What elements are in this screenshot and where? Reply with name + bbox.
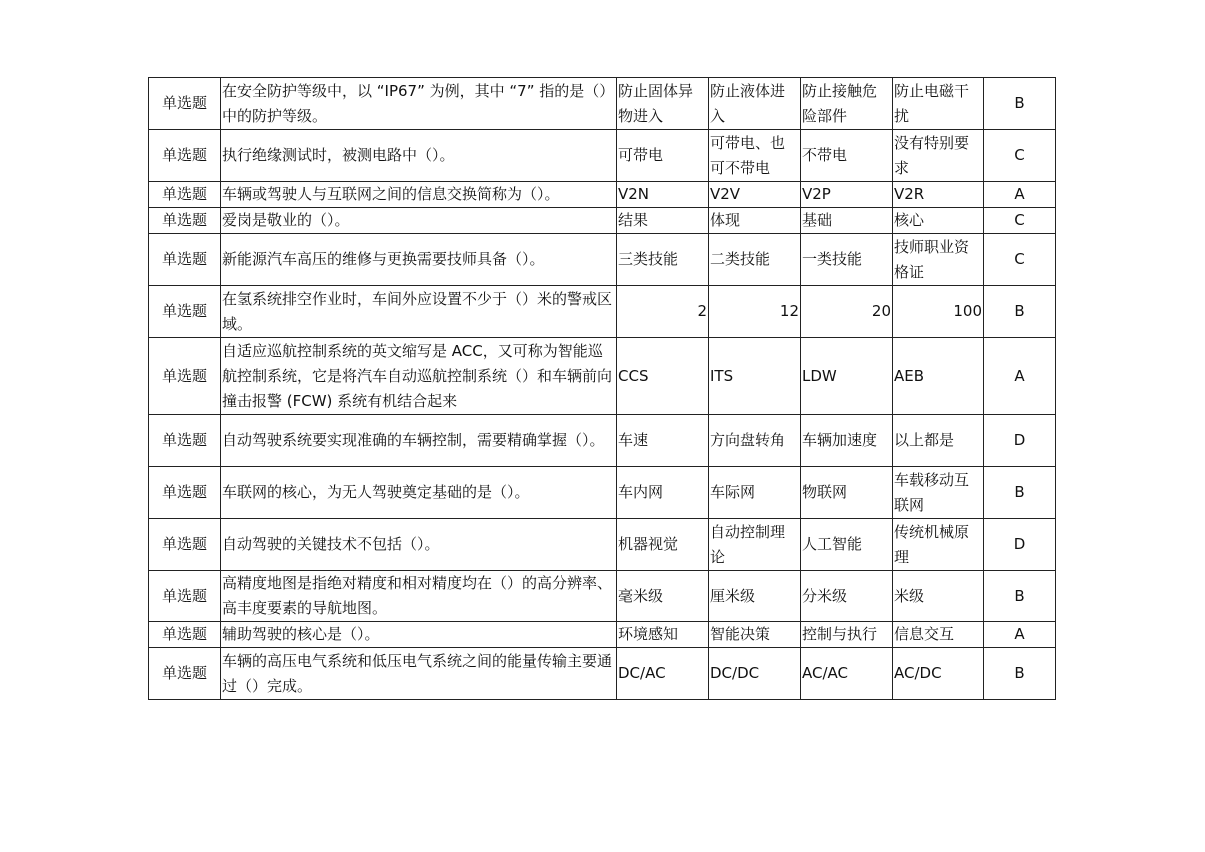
table-row: 单选题 在氢系统排空作业时，车间外应设置不少于（）米的警戒区域。21220100… bbox=[149, 286, 1056, 338]
question-type-cell: 单选题 bbox=[149, 234, 221, 286]
question-type-cell: 单选题 bbox=[149, 571, 221, 622]
table-row: 单选题 新能源汽车高压的维修与更换需要技师具备（）。三类技能二类技能一类技能技师… bbox=[149, 234, 1056, 286]
answer-cell: D bbox=[984, 519, 1056, 571]
option-b-cell: 车际网 bbox=[709, 467, 801, 519]
table-row: 单选题 爱岗是敬业的（）。结果体现基础核心C bbox=[149, 208, 1056, 234]
option-a-cell: 车速 bbox=[617, 415, 709, 467]
question-type-cell: 单选题 bbox=[149, 130, 221, 182]
option-a-cell: 毫米级 bbox=[617, 571, 709, 622]
question-type-cell: 单选题 bbox=[149, 467, 221, 519]
answer-cell: D bbox=[984, 415, 1056, 467]
question-type-cell: 单选题 bbox=[149, 415, 221, 467]
option-c-cell: 不带电 bbox=[801, 130, 893, 182]
question-text-cell: 自动驾驶系统要实现准确的车辆控制，需要精确掌握（）。 bbox=[221, 415, 617, 467]
option-c-cell: 20 bbox=[801, 286, 893, 338]
table-row: 单选题 辅助驾驶的核心是（）。环境感知智能决策控制与执行信息交互A bbox=[149, 622, 1056, 648]
option-c-cell: 防止接触危险部件 bbox=[801, 78, 893, 130]
question-type-cell: 单选题 bbox=[149, 208, 221, 234]
option-a-cell: 机器视觉 bbox=[617, 519, 709, 571]
option-a-cell: 车内网 bbox=[617, 467, 709, 519]
table-row: 单选题 车辆或驾驶人与互联网之间的信息交换简称为（）。V2NV2VV2PV2RA bbox=[149, 182, 1056, 208]
option-d-cell: 传统机械原理 bbox=[893, 519, 984, 571]
option-b-cell: DC/DC bbox=[709, 648, 801, 700]
question-type-cell: 单选题 bbox=[149, 622, 221, 648]
question-text-cell: 爱岗是敬业的（）。 bbox=[221, 208, 617, 234]
answer-cell: C bbox=[984, 208, 1056, 234]
option-b-cell: 自动控制理论 bbox=[709, 519, 801, 571]
option-c-cell: 基础 bbox=[801, 208, 893, 234]
option-d-cell: AC/DC bbox=[893, 648, 984, 700]
question-text-cell: 在安全防护等级中，以 “IP67” 为例，其中 “7” 指的是（）中的防护等级。 bbox=[221, 78, 617, 130]
option-b-cell: V2V bbox=[709, 182, 801, 208]
answer-cell: B bbox=[984, 648, 1056, 700]
option-b-cell: 可带电、也可不带电 bbox=[709, 130, 801, 182]
option-c-cell: AC/AC bbox=[801, 648, 893, 700]
option-c-cell: 物联网 bbox=[801, 467, 893, 519]
answer-cell: C bbox=[984, 130, 1056, 182]
table-row: 单选题 车联网的核心，为无人驾驶奠定基础的是（）。车内网车际网物联网车载移动互联… bbox=[149, 467, 1056, 519]
table-row: 单选题 执行绝缘测试时，被测电路中（）。可带电可带电、也可不带电不带电没有特别要… bbox=[149, 130, 1056, 182]
option-c-cell: LDW bbox=[801, 338, 893, 415]
option-a-cell: 环境感知 bbox=[617, 622, 709, 648]
answer-cell: C bbox=[984, 234, 1056, 286]
question-text-cell: 车辆的高压电气系统和低压电气系统之间的能量传输主要通过（）完成。 bbox=[221, 648, 617, 700]
option-d-cell: 100 bbox=[893, 286, 984, 338]
answer-cell: B bbox=[984, 78, 1056, 130]
option-d-cell: 防止电磁干扰 bbox=[893, 78, 984, 130]
table-row: 单选题 自适应巡航控制系统的英文缩写是 ACC，又可称为智能巡航控制系统，它是将… bbox=[149, 338, 1056, 415]
table-row: 单选题 车辆的高压电气系统和低压电气系统之间的能量传输主要通过（）完成。DC/A… bbox=[149, 648, 1056, 700]
question-type-cell: 单选题 bbox=[149, 338, 221, 415]
question-type-cell: 单选题 bbox=[149, 286, 221, 338]
question-text-cell: 执行绝缘测试时，被测电路中（）。 bbox=[221, 130, 617, 182]
option-a-cell: DC/AC bbox=[617, 648, 709, 700]
option-c-cell: V2P bbox=[801, 182, 893, 208]
option-a-cell: 防止固体异物进入 bbox=[617, 78, 709, 130]
answer-cell: A bbox=[984, 338, 1056, 415]
answer-cell: B bbox=[984, 571, 1056, 622]
answer-cell: A bbox=[984, 182, 1056, 208]
option-d-cell: 没有特别要求 bbox=[893, 130, 984, 182]
question-type-cell: 单选题 bbox=[149, 519, 221, 571]
option-b-cell: ITS bbox=[709, 338, 801, 415]
question-text-cell: 自动驾驶的关键技术不包括（）。 bbox=[221, 519, 617, 571]
option-a-cell: V2N bbox=[617, 182, 709, 208]
option-b-cell: 体现 bbox=[709, 208, 801, 234]
question-text-cell: 自适应巡航控制系统的英文缩写是 ACC，又可称为智能巡航控制系统，它是将汽车自动… bbox=[221, 338, 617, 415]
question-text-cell: 车联网的核心，为无人驾驶奠定基础的是（）。 bbox=[221, 467, 617, 519]
table-row: 单选题 自动驾驶的关键技术不包括（）。机器视觉自动控制理论人工智能传统机械原理D bbox=[149, 519, 1056, 571]
option-d-cell: 米级 bbox=[893, 571, 984, 622]
option-a-cell: CCS bbox=[617, 338, 709, 415]
answer-cell: B bbox=[984, 286, 1056, 338]
option-d-cell: AEB bbox=[893, 338, 984, 415]
answer-cell: B bbox=[984, 467, 1056, 519]
option-b-cell: 厘米级 bbox=[709, 571, 801, 622]
question-text-cell: 辅助驾驶的核心是（）。 bbox=[221, 622, 617, 648]
question-text-cell: 在氢系统排空作业时，车间外应设置不少于（）米的警戒区域。 bbox=[221, 286, 617, 338]
option-b-cell: 方向盘转角 bbox=[709, 415, 801, 467]
question-table-body: 单选题 在安全防护等级中，以 “IP67” 为例，其中 “7” 指的是（）中的防… bbox=[149, 78, 1056, 700]
option-b-cell: 12 bbox=[709, 286, 801, 338]
option-c-cell: 人工智能 bbox=[801, 519, 893, 571]
question-type-cell: 单选题 bbox=[149, 182, 221, 208]
option-c-cell: 一类技能 bbox=[801, 234, 893, 286]
option-d-cell: 技师职业资格证 bbox=[893, 234, 984, 286]
option-c-cell: 车辆加速度 bbox=[801, 415, 893, 467]
option-a-cell: 结果 bbox=[617, 208, 709, 234]
question-type-cell: 单选题 bbox=[149, 648, 221, 700]
option-b-cell: 防止液体进入 bbox=[709, 78, 801, 130]
table-row: 单选题 自动驾驶系统要实现准确的车辆控制，需要精确掌握（）。车速方向盘转角车辆加… bbox=[149, 415, 1056, 467]
option-d-cell: 车载移动互联网 bbox=[893, 467, 984, 519]
option-c-cell: 分米级 bbox=[801, 571, 893, 622]
option-b-cell: 二类技能 bbox=[709, 234, 801, 286]
option-c-cell: 控制与执行 bbox=[801, 622, 893, 648]
question-text-cell: 车辆或驾驶人与互联网之间的信息交换简称为（）。 bbox=[221, 182, 617, 208]
question-text-cell: 新能源汽车高压的维修与更换需要技师具备（）。 bbox=[221, 234, 617, 286]
option-d-cell: V2R bbox=[893, 182, 984, 208]
option-d-cell: 信息交互 bbox=[893, 622, 984, 648]
table-row: 单选题 高精度地图是指绝对精度和相对精度均在（）的高分辨率、高丰度要素的导航地图… bbox=[149, 571, 1056, 622]
option-a-cell: 可带电 bbox=[617, 130, 709, 182]
option-d-cell: 核心 bbox=[893, 208, 984, 234]
option-b-cell: 智能决策 bbox=[709, 622, 801, 648]
option-a-cell: 2 bbox=[617, 286, 709, 338]
option-d-cell: 以上都是 bbox=[893, 415, 984, 467]
option-a-cell: 三类技能 bbox=[617, 234, 709, 286]
question-type-cell: 单选题 bbox=[149, 78, 221, 130]
table-row: 单选题 在安全防护等级中，以 “IP67” 为例，其中 “7” 指的是（）中的防… bbox=[149, 78, 1056, 130]
answer-cell: A bbox=[984, 622, 1056, 648]
question-text-cell: 高精度地图是指绝对精度和相对精度均在（）的高分辨率、高丰度要素的导航地图。 bbox=[221, 571, 617, 622]
question-table: 单选题 在安全防护等级中，以 “IP67” 为例，其中 “7” 指的是（）中的防… bbox=[148, 77, 1056, 700]
